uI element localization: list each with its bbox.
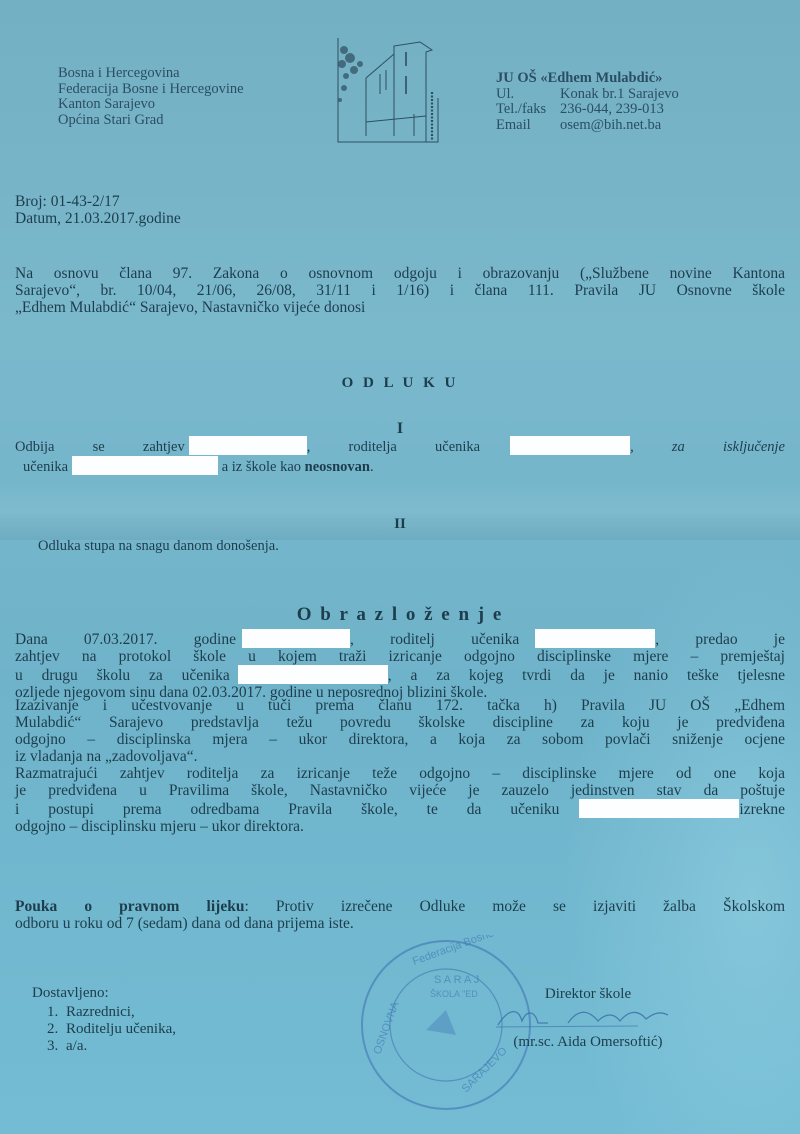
redacted-name [189,436,307,455]
decision-title: O D L U K U [0,375,800,392]
school-phone: Tel./faks236-044, 239-013 [496,102,679,118]
reasoning-paragraph-2: Izazivanje i učestvovanje u tuči prema č… [15,697,785,765]
header-school-block: JU OŠ «Edhem Mulabdić» Ul.Konak br.1 Sar… [496,71,679,133]
preamble-line: Sarajevo“, br. 10/04, 21/06, 26/08, 31/1… [15,282,785,299]
svg-text:OSNOVNA: OSNOVNA [372,1000,402,1056]
document-date: Datum, 21.03.2017.godine [15,210,181,227]
school-address: Ul.Konak br.1 Sarajevo [496,87,679,103]
document-meta: Broj: 01-43-2/17 Datum, 21.03.2017.godin… [15,193,181,227]
header-authority-block: Bosna i Hercegovina Federacija Bosne i H… [58,66,244,128]
section-2-numeral: II [0,516,800,533]
handwritten-signature-icon [488,1003,688,1029]
recipient-item: Roditelju učenika, [62,1021,176,1038]
redacted-name [72,456,218,475]
preamble-line: „Edhem Mulabdić“ Sarajevo, Nastavničko v… [15,299,785,316]
reasoning-paragraph-3: Razmatrajući zahtjev roditelja za izrica… [15,765,785,835]
signer-name: (mr.sc. Aida Omersoftić) [488,1034,688,1051]
preamble: Na osnovu člana 97. Zakona o osnovnom od… [15,265,785,316]
header-line: Općina Stari Grad [58,113,244,129]
svg-text:Federacija Bosne: Federacija Bosne [411,935,496,968]
header-line: Federacija Bosne i Hercegovine [58,82,244,98]
distribution-label: Dostavljeno: [32,985,176,1002]
section-2-text: Odluka stupa na snagu danom donošenja. [38,538,279,555]
school-email: Emailosem@bih.net.ba [496,118,679,134]
legal-remedy-notice: Pouka o pravnom lijeku: Protiv izrečene … [15,898,785,932]
recipient-item: a/a. [62,1038,176,1055]
document-page: Bosna i Hercegovina Federacija Bosne i H… [0,0,800,1134]
svg-text:ŠKOLA "ED: ŠKOLA "ED [430,989,478,999]
distribution-list: Dostavljeno: Razrednici, Roditelju učeni… [32,985,176,1055]
header-line: Kanton Sarajevo [58,97,244,113]
section-1-text: Odbija se zahtjev, roditelja učenika, za… [15,436,785,476]
redacted-name [535,629,655,648]
reasoning-paragraph-1: Dana 07.03.2017. godine, roditelj učenik… [15,629,785,701]
svg-text:S A R A J: S A R A J [434,974,479,986]
recipient-item: Razrednici, [62,1004,176,1021]
reasoning-title: O b r a z l o ž e n j e [0,604,800,626]
preamble-line: Na osnovu člana 97. Zakona o osnovnom od… [15,265,785,282]
redacted-name [579,799,739,818]
school-name: JU OŠ «Edhem Mulabdić» [496,71,679,87]
school-building-sketch-icon [336,36,446,148]
signer-title: Direktor škole [488,986,688,1003]
redacted-name [238,665,388,684]
document-number: Broj: 01-43-2/17 [15,193,181,210]
signature-block: Direktor škole (mr.sc. Aida Omersoftić) [488,986,688,1051]
header-line: Bosna i Hercegovina [58,66,244,82]
redacted-name [510,436,630,455]
redacted-name [242,629,350,648]
